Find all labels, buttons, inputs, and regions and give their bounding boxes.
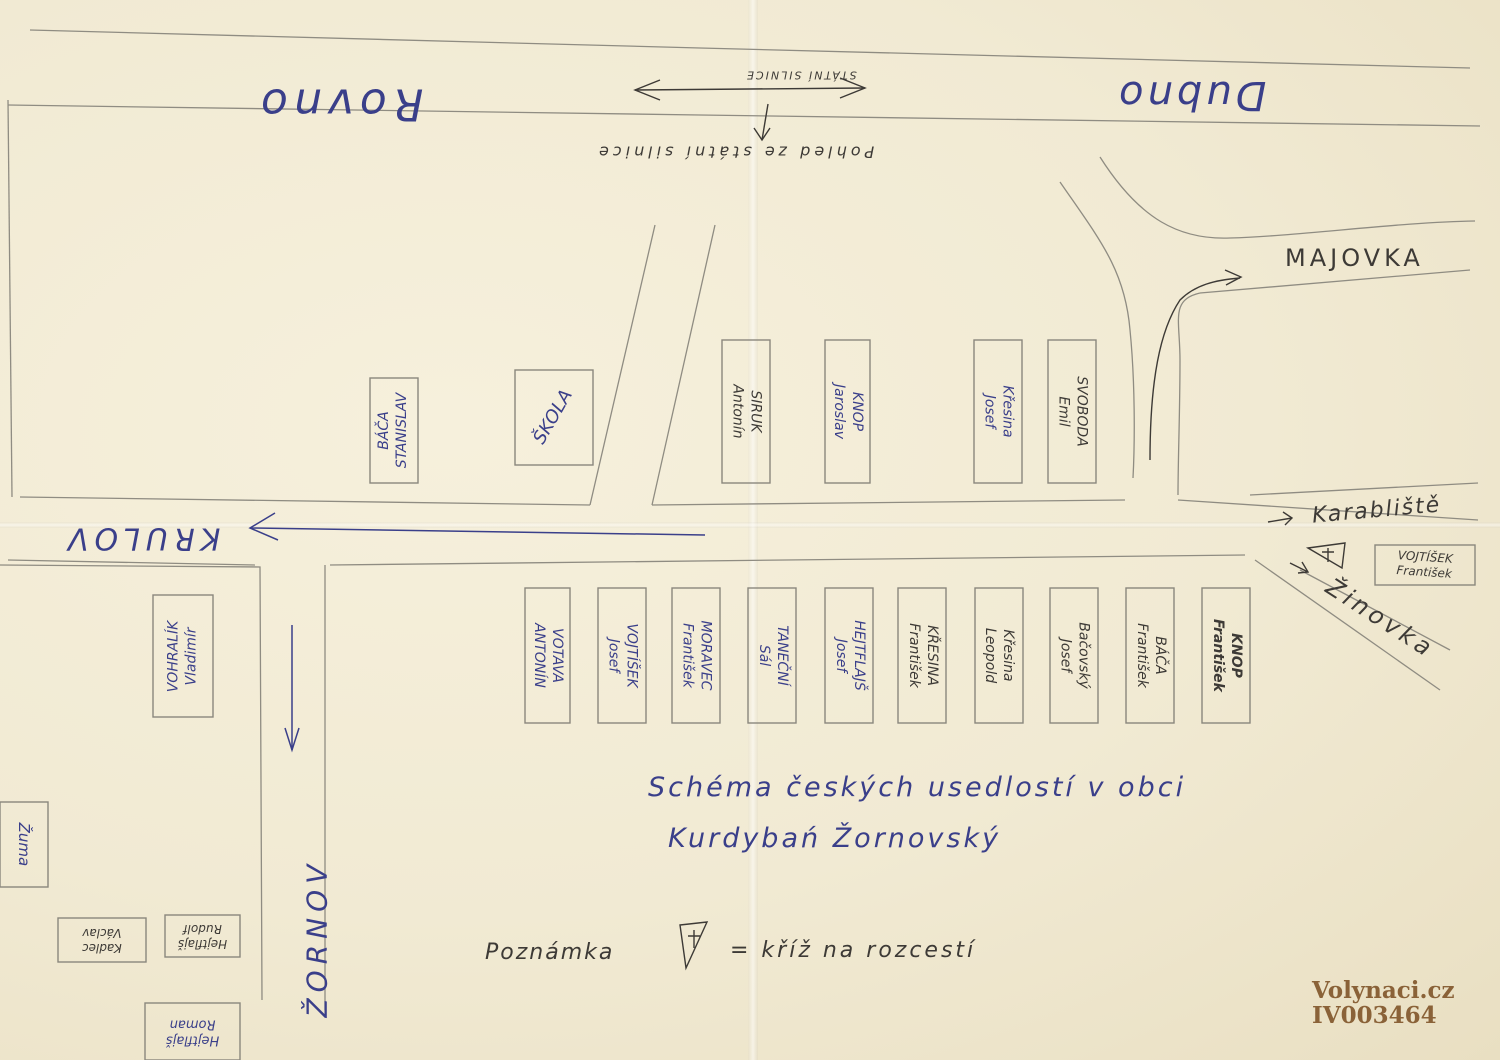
label-dubno: Dubno — [1115, 72, 1266, 118]
house-baca-frantisek: BÁČAFrantišek — [1126, 588, 1174, 723]
building-school: ŠKOLA — [515, 370, 593, 465]
house-bacovsky-josef: BačovskýJosef — [1050, 588, 1098, 723]
house-siruk-antonin: SIRUKAntonín — [722, 340, 770, 483]
state-road-edge-top — [30, 30, 1470, 68]
house-vojtisek-josef: VOJTÍŠEKJosef — [598, 588, 646, 723]
house-kresina-leopold: KřesinaLeopold — [975, 588, 1023, 723]
watermark-site: Volynaci.cz — [1312, 978, 1455, 1003]
house-kresina-josef: KřesinaJosef — [974, 340, 1022, 483]
note-label: Poznámka — [485, 940, 614, 965]
label-state-road: STÁTNÍ SILNICE — [745, 68, 857, 81]
map-title-line-1: Schéma českých usedlostí v obci — [648, 772, 1186, 803]
label-majovka: MAJOVKA — [1285, 245, 1424, 273]
house-votava-antonin: VOTAVAANTONÍN — [525, 588, 570, 723]
label-zornov: ŽORNOV — [301, 859, 333, 1018]
house-knop-frantisek: KNOPFrantišek — [1202, 588, 1250, 723]
house-svoboda-emil: SVOBODAEmil — [1048, 340, 1096, 483]
house-kresina-frantisek: KŘESINAFrantišek — [898, 588, 946, 723]
note-text: = kříž na rozcestí — [730, 938, 976, 963]
house-baca-stanislav: BÁČASTANISLAV — [370, 378, 418, 483]
house-vohralik-vladimir: VOHRALÍKVladimír — [153, 595, 213, 717]
house-hejtflajs-roman: HejtflajšRoman — [145, 1003, 240, 1060]
house-zuma: Žuma — [0, 802, 48, 887]
watermark-id: IV003464 — [1312, 1003, 1455, 1028]
house-hejtflajs-josef: HEJTFLAJŠJosef — [825, 588, 873, 723]
house-hejtflajs-rudolf: HejtflajšRudolf — [165, 915, 240, 957]
label-viewpoint-note: Pohled ze státní silnice — [595, 142, 874, 160]
house-moravec-frantisek: MORAVECFrantišek — [672, 588, 720, 723]
map-title-line-2: Kurdybań Žornovský — [668, 823, 1001, 854]
watermark: Volynaci.cz IV003464 — [1312, 978, 1455, 1028]
house-knop-jaroslav: KNOPJaroslav — [825, 340, 870, 483]
house-vojtisek-frantisek: VOJTÍŠEKFrantišek — [1375, 545, 1475, 585]
label-rovno: Rovno — [255, 78, 423, 129]
house-kadlec-vaclav: KadlecVáclav — [58, 918, 146, 962]
building-dance-hall: TANEČNÍSál — [748, 588, 796, 723]
label-krulov: KRULOV — [62, 520, 220, 555]
